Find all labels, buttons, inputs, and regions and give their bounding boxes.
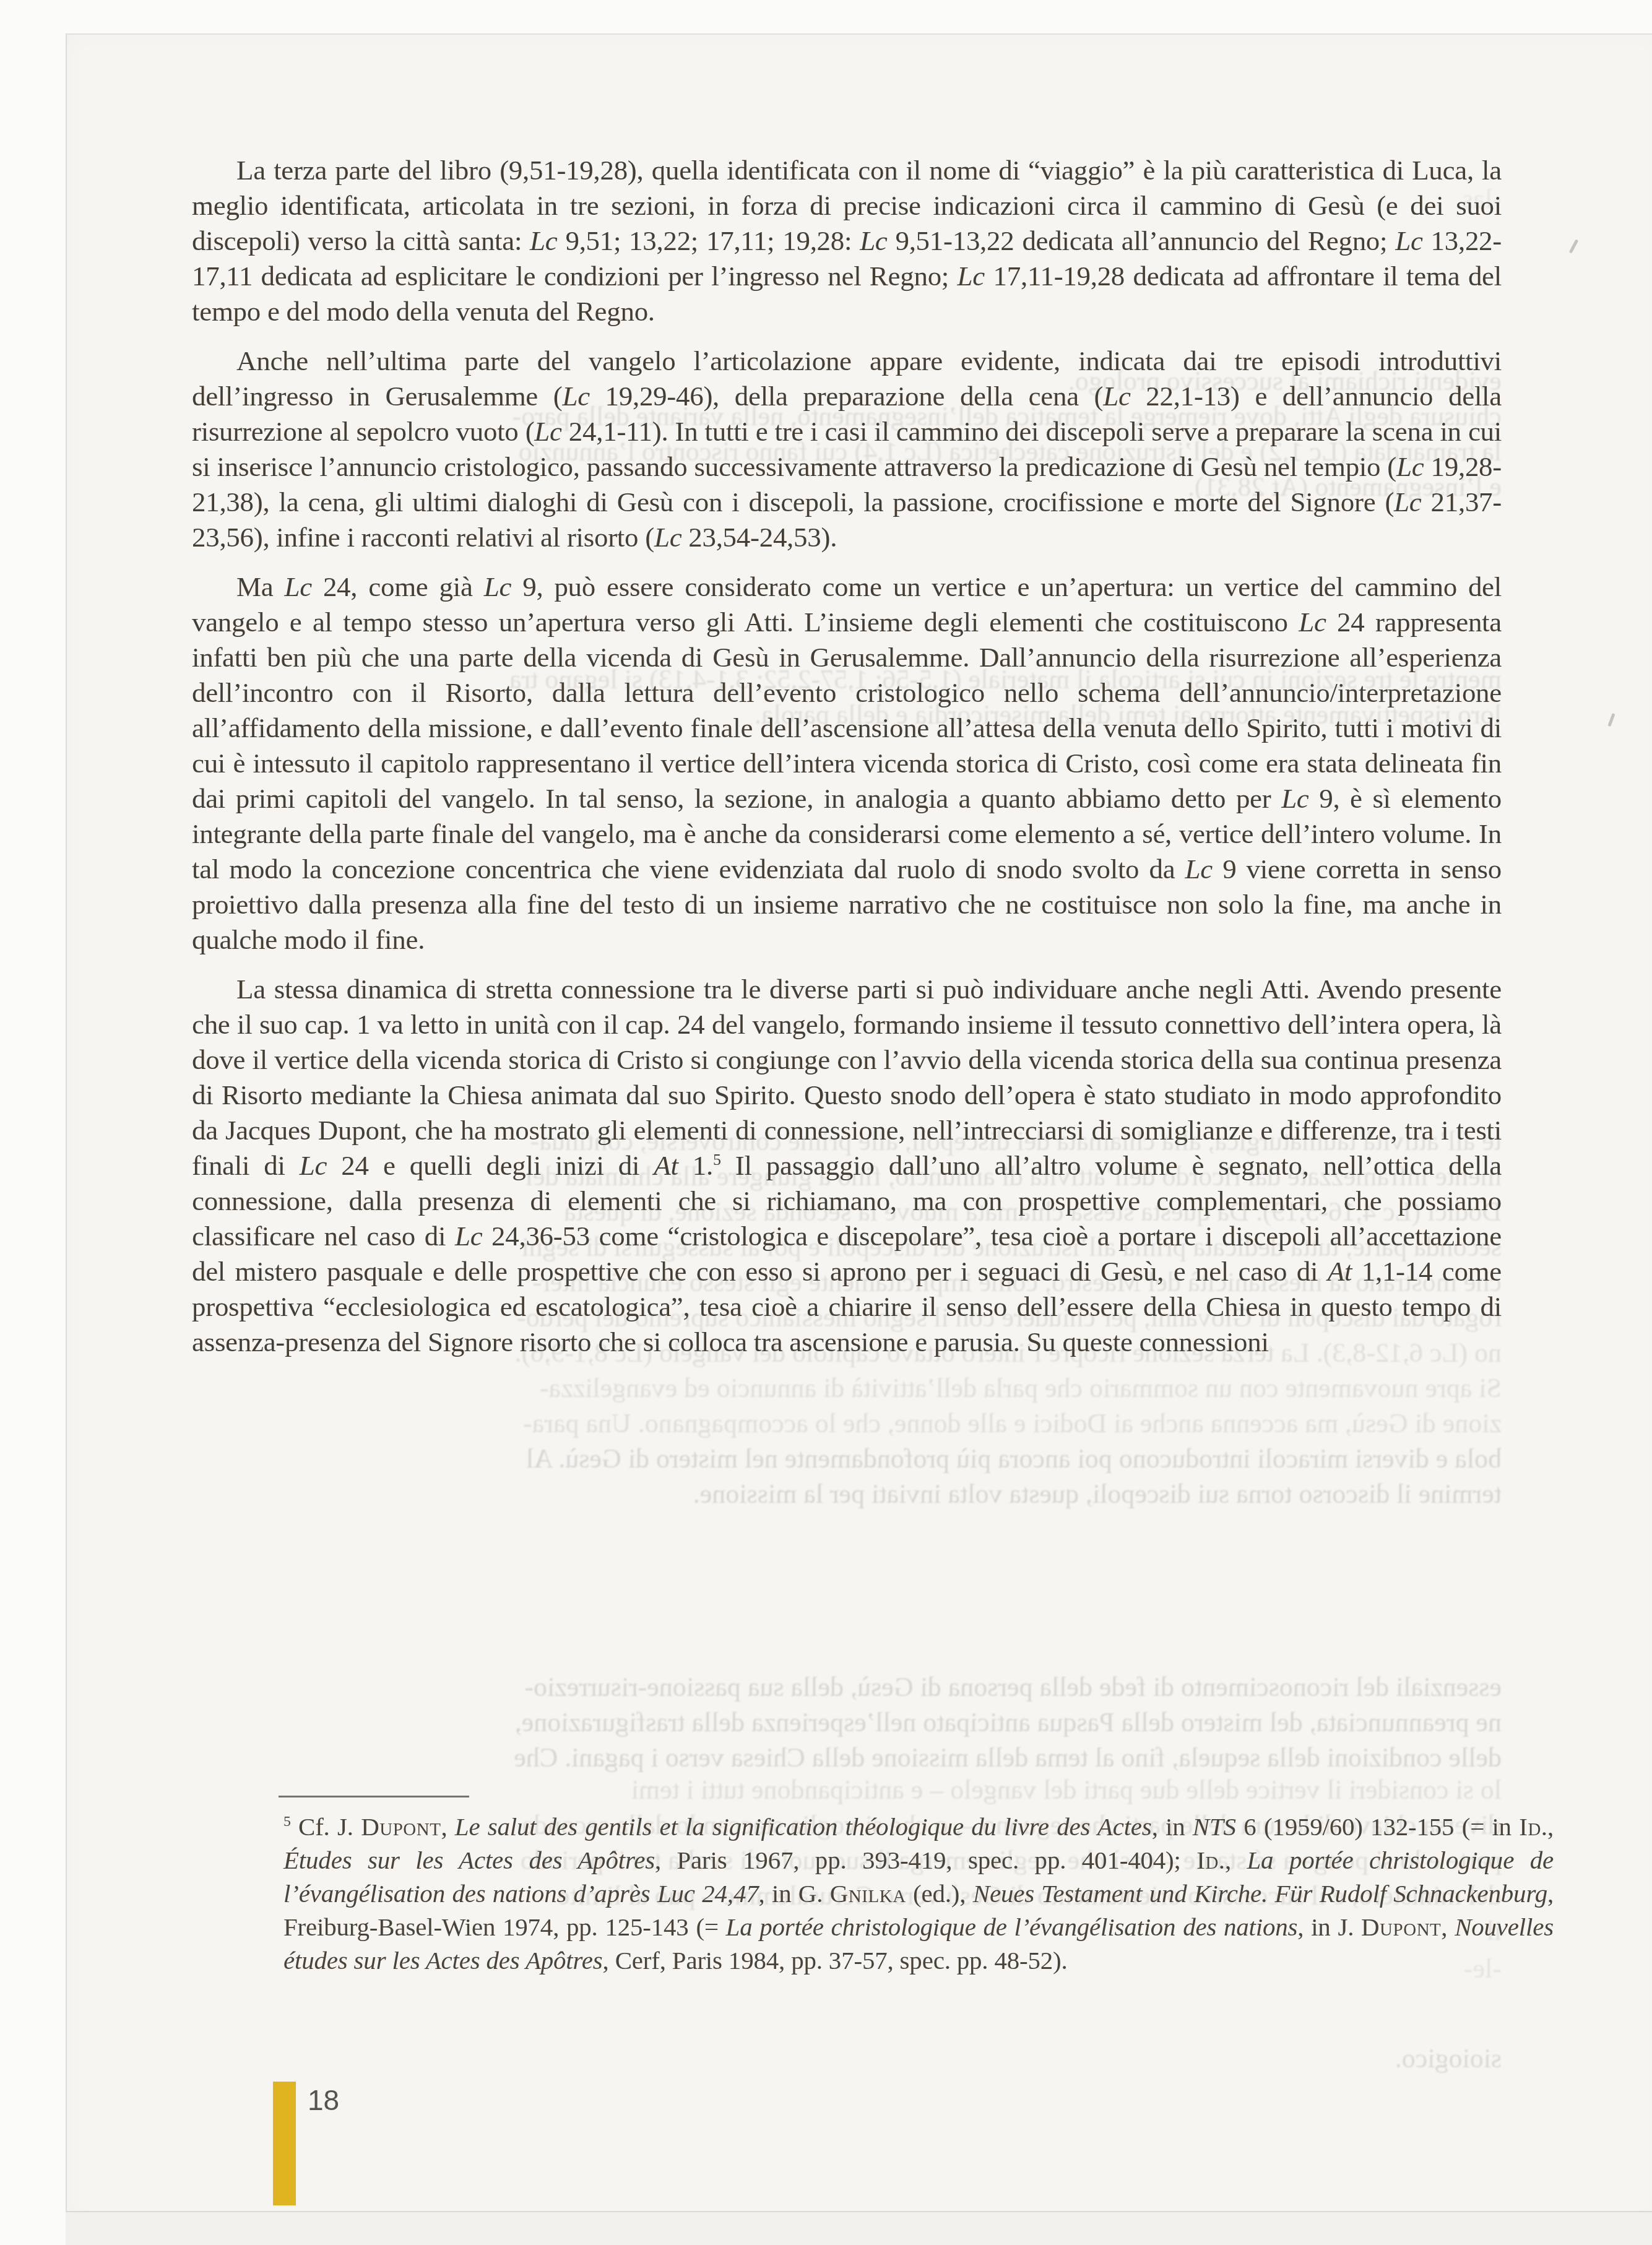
paragraph-1: La terza parte del libro (9,51-19,28), q… [192,153,1502,329]
paragraph-3: Ma Lc 24, come già Lc 9, può essere cons… [192,569,1502,958]
accent-bar [273,2082,296,2205]
paragraph-2: Anche nell’ultima parte del vangelo l’ar… [192,344,1502,555]
footnote-separator-rule [279,1796,469,1797]
page-bottom-edge [66,2211,1652,2245]
footnote: 5 Cf. J. Dupont, Le salut des gentils et… [283,1810,1554,1977]
paragraph-4: La stessa dinamica di stretta connession… [192,972,1502,1360]
page-number: 18 [308,2085,339,2116]
body-text: La terza parte del libro (9,51-19,28), q… [192,153,1502,1360]
footnote-5-text: 5 Cf. J. Dupont, Le salut des gentils et… [283,1810,1554,1977]
scanned-page: -lasevidenti richiami al successivo prol… [0,0,1652,2245]
